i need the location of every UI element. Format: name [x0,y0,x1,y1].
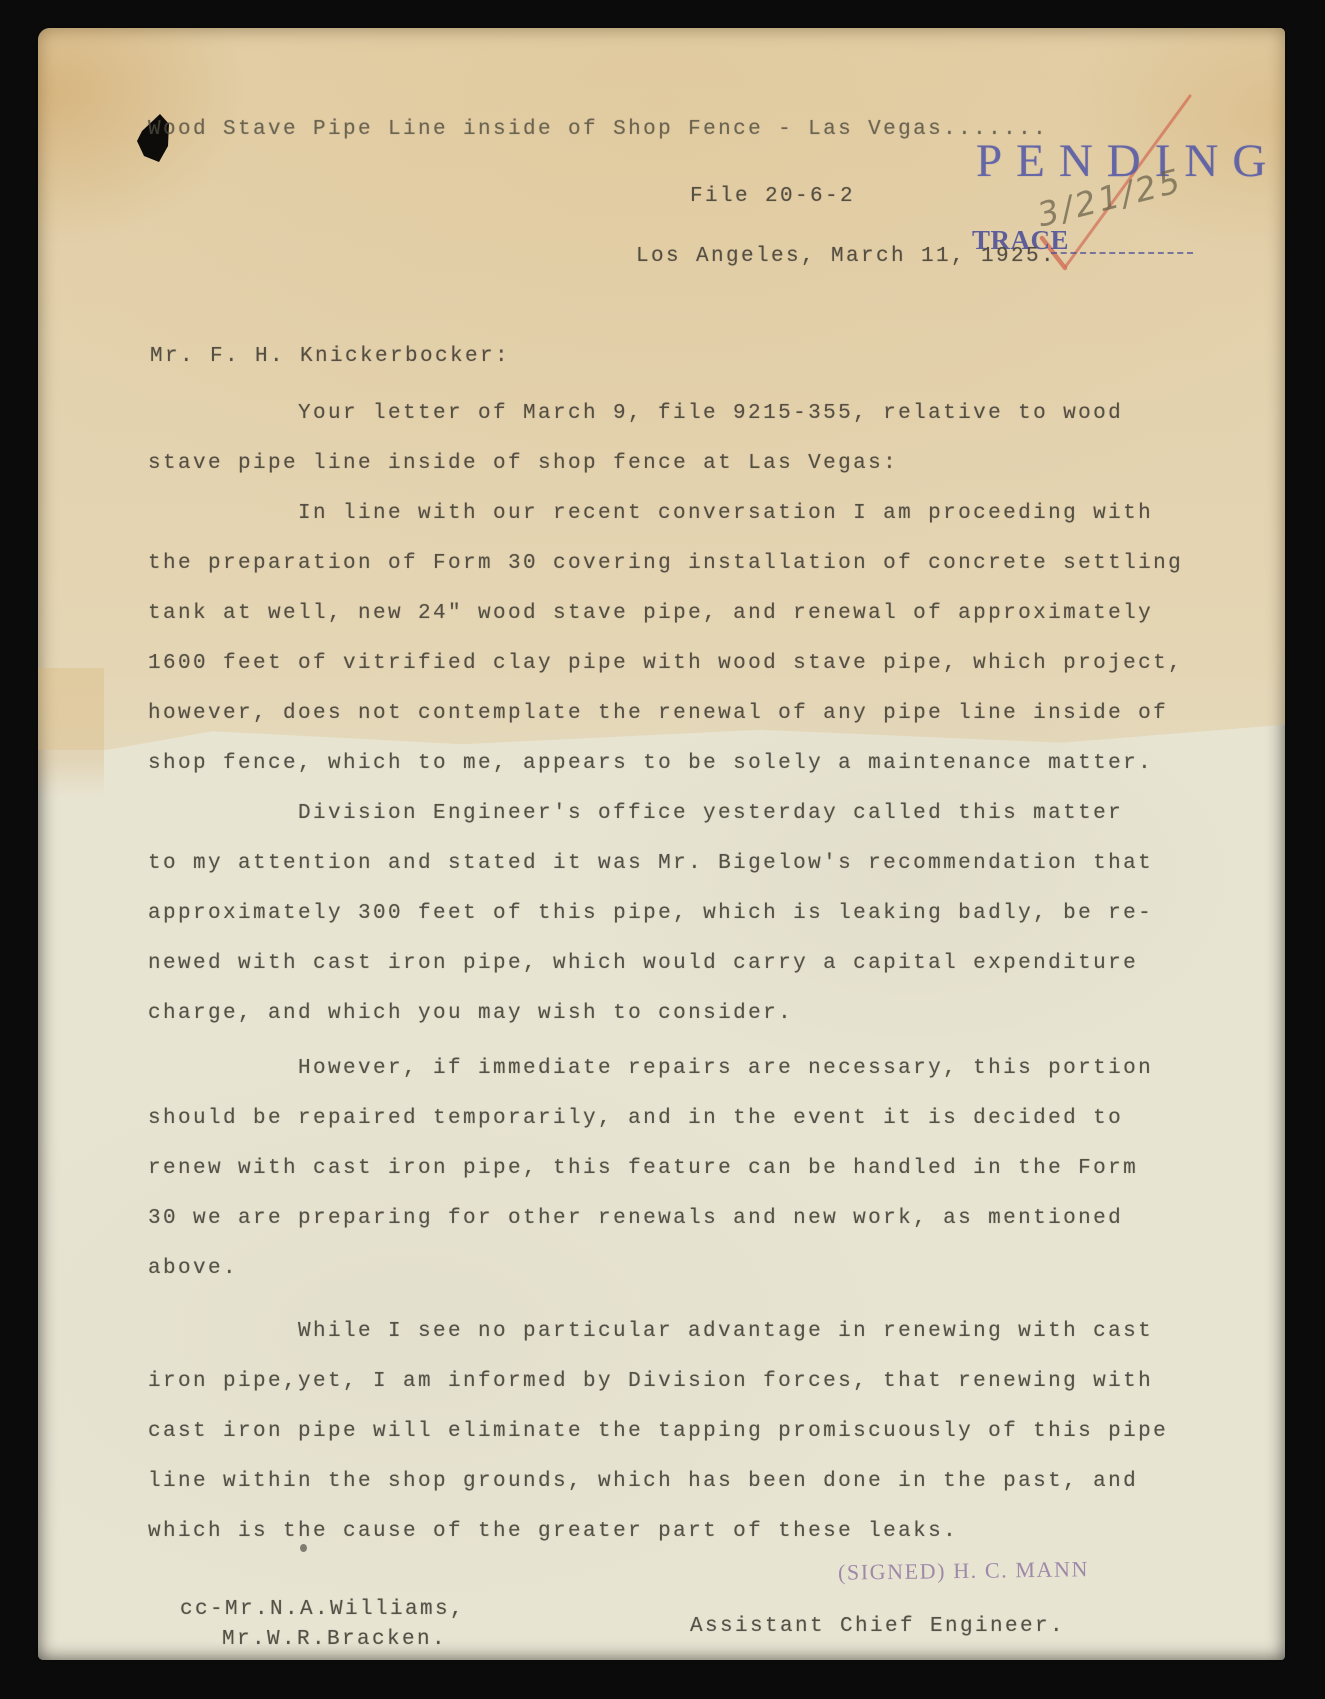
file-number: File 20-6-2 [690,185,855,208]
trace-rule [1051,250,1193,254]
scan-background: Wood Stave Pipe Line inside of Shop Fenc… [0,0,1325,1699]
paragraph: While I see no particular advantage in r… [148,1318,1258,1568]
letter-line: 30 we are preparing for other renewals a… [148,1205,1258,1255]
letter-line: In line with our recent conversation I a… [148,500,1258,550]
letter-line: the preparation of Form 30 covering inst… [148,550,1258,600]
paragraph: Division Engineer's office yesterday cal… [148,800,1258,1050]
letter-line: 1600 feet of vitrified clay pipe with wo… [148,650,1258,700]
letter-line: While I see no particular advantage in r… [148,1318,1258,1368]
aged-paper-edge-tint [38,668,104,798]
letter-line: however, does not contemplate the renewa… [148,700,1258,750]
dateline: Los Angeles, March 11, 1925. [636,245,1056,268]
signature-title: Assistant Chief Engineer. [690,1615,1065,1638]
letter-line: shop fence, which to me, appears to be s… [148,750,1258,800]
letter-line: stave pipe line inside of shop fence at … [148,450,1258,500]
paragraph: However, if immediate repairs are necess… [148,1055,1258,1305]
letter-line: However, if immediate repairs are necess… [148,1055,1258,1105]
letter-line: renew with cast iron pipe, this feature … [148,1155,1258,1205]
letter-line: above. [148,1255,1258,1305]
letter-line: to my attention and stated it was Mr. Bi… [148,850,1258,900]
letter-body: Your letter of March 9, file 9215-355, r… [148,400,1258,1568]
letter-line: cast iron pipe will eliminate the tappin… [148,1418,1258,1468]
subject-line: Wood Stave Pipe Line inside of Shop Fenc… [148,118,1048,141]
letter-line: iron pipe,yet, I am informed by Division… [148,1368,1258,1418]
signed-stamp: (SIGNED) H. C. MANN [838,1556,1089,1586]
paragraph: Your letter of March 9, file 9215-355, r… [148,400,1258,500]
letter-line: Your letter of March 9, file 9215-355, r… [148,400,1258,450]
letter-line: which is the cause of the greater part o… [148,1518,1258,1568]
letter-line: approximately 300 feet of this pipe, whi… [148,900,1258,950]
letter-page: Wood Stave Pipe Line inside of Shop Fenc… [38,28,1285,1660]
paragraph: In line with our recent conversation I a… [148,500,1258,800]
letter-line: charge, and which you may wish to consid… [148,1000,1258,1050]
letter-line: Division Engineer's office yesterday cal… [148,800,1258,850]
salutation: Mr. F. H. Knickerbocker: [150,345,510,368]
ink-speck [300,1544,307,1552]
letter-line: should be repaired temporarily, and in t… [148,1105,1258,1155]
letter-line: line within the shop grounds, which has … [148,1468,1258,1518]
cc-recipient: Mr.W.R.Bracken. [222,1628,447,1651]
letter-line: tank at well, new 24" wood stave pipe, a… [148,600,1258,650]
letter-line: newed with cast iron pipe, which would c… [148,950,1258,1000]
cc-recipient: cc-Mr.N.A.Williams, [180,1598,465,1621]
